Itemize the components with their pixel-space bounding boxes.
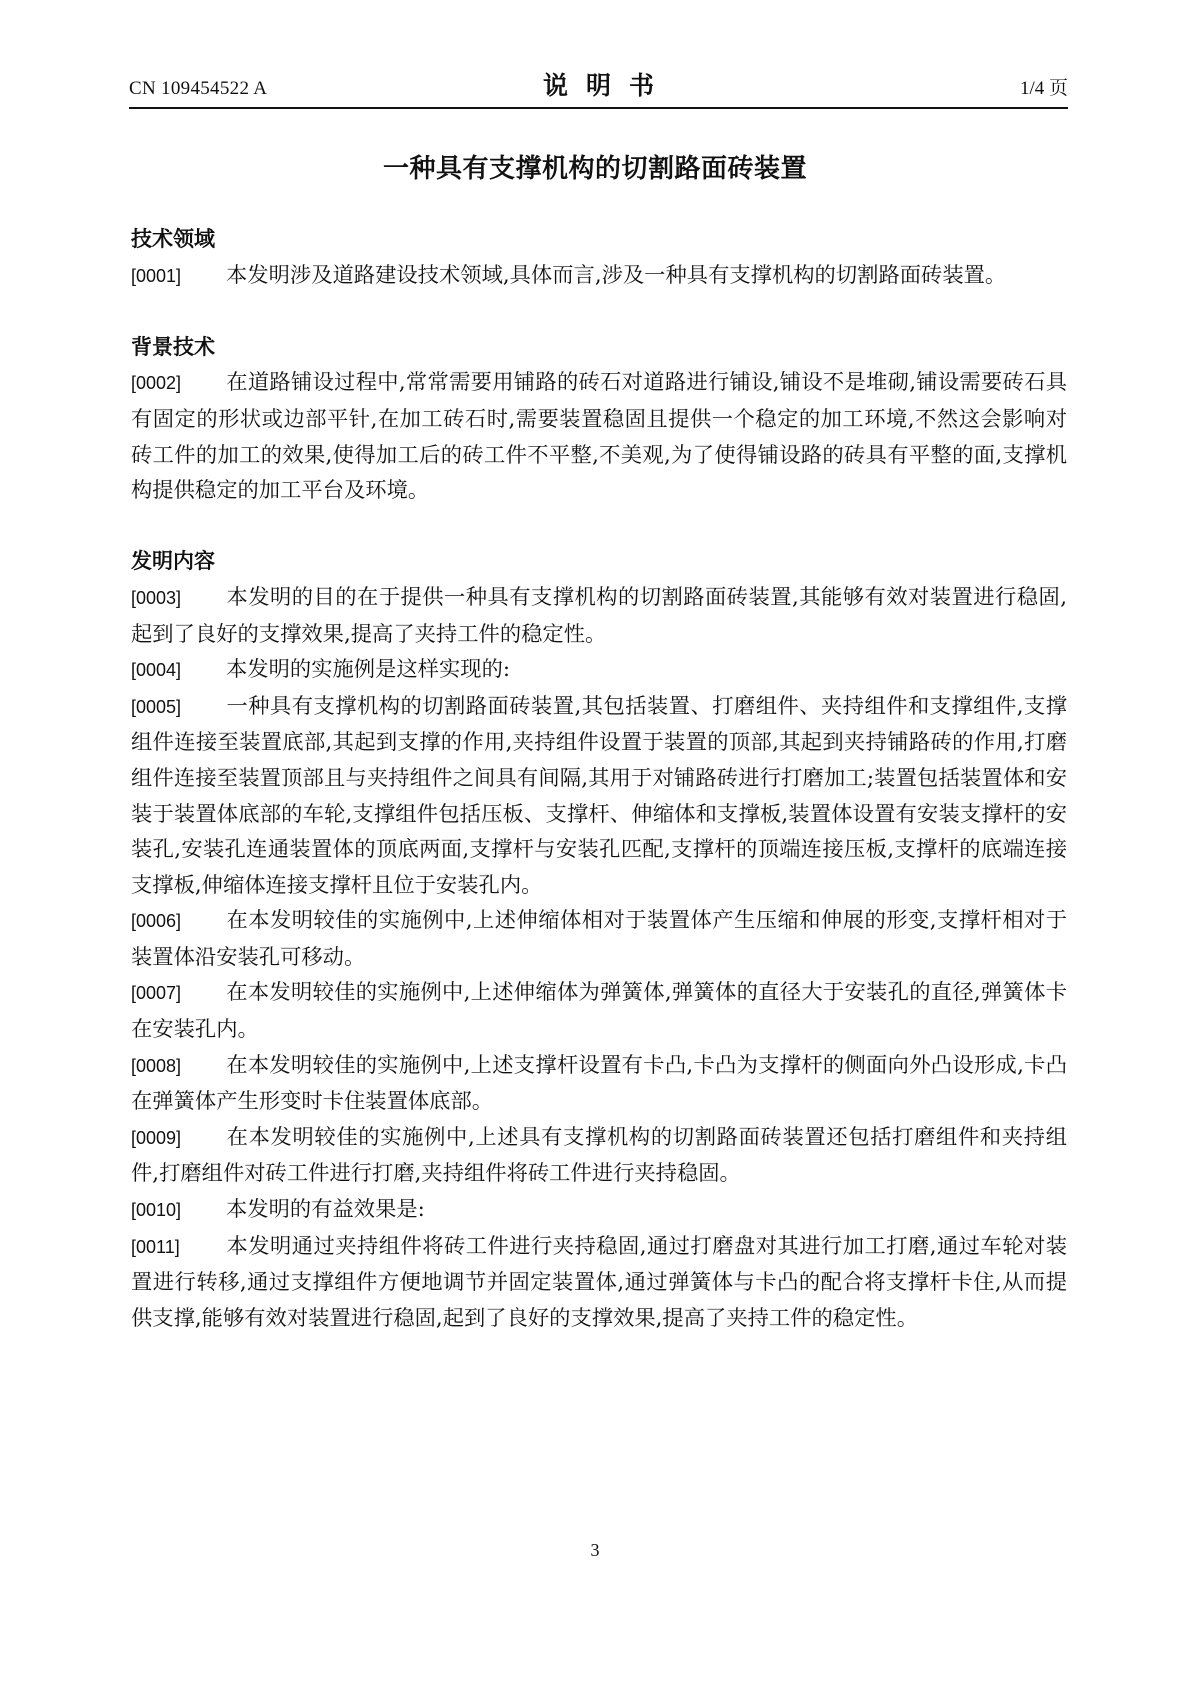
document-body: 技术领域 [0001]本发明涉及道路建设技术领域,具体而言,涉及一种具有支撑机构… [131,222,1067,1336]
paragraph-text: 在本发明较佳的实施例中,上述支撑杆设置有卡凸,卡凸为支撑杆的侧面向外凸设形成,卡… [131,1053,1067,1115]
paragraph-number: [0004] [131,653,226,689]
paragraph: [0011]本发明通过夹持组件将砖工件进行夹持稳固,通过打磨盘对其进行加工打磨,… [131,1229,1067,1337]
paragraph: [0009]在本发明较佳的实施例中,上述具有支撑机构的切割路面砖装置还包括打磨组… [131,1120,1067,1192]
paragraph: [0002]在道路铺设过程中,常常需要用铺路的砖石对道路进行铺设,铺设不是堆砌,… [131,365,1067,508]
paragraph-text: 本发明的有益效果是: [226,1197,425,1222]
document-title: 一种具有支撑机构的切割路面砖装置 [0,148,1190,185]
paragraph-text: 本发明通过夹持组件将砖工件进行夹持稳固,通过打磨盘对其进行加工打磨,通过车轮对装… [131,1234,1067,1331]
paragraph-text: 一种具有支撑机构的切割路面砖装置,其包括装置、打磨组件、夹持组件和支撑组件,支撑… [131,694,1067,898]
paragraph-text: 在道路铺设过程中,常常需要用铺路的砖石对道路进行铺设,铺设不是堆砌,铺设需要砖石… [131,370,1067,503]
paragraph-text: 在本发明较佳的实施例中,上述伸缩体为弹簧体,弹簧体的直径大于安装孔的直径,弹簧体… [131,980,1067,1042]
header-divider [129,107,1068,109]
section-heading: 技术领域 [131,222,1067,258]
paragraph-number: [0008] [131,1049,226,1085]
paragraph-text: 本发明涉及道路建设技术领域,具体而言,涉及一种具有支撑机构的切割路面砖装置。 [226,263,1006,288]
paragraph-text: 在本发明较佳的实施例中,上述伸缩体相对于装置体产生压缩和伸展的形变,支撑杆相对于… [131,908,1067,970]
paragraph-number: [0010] [131,1193,226,1229]
section-heading: 发明内容 [131,544,1067,580]
paragraph: [0008]在本发明较佳的实施例中,上述支撑杆设置有卡凸,卡凸为支撑杆的侧面向外… [131,1048,1067,1120]
paragraph-text: 本发明的实施例是这样实现的: [226,657,510,682]
paragraph-number: [0001] [131,259,226,295]
paragraph: [0001]本发明涉及道路建设技术领域,具体而言,涉及一种具有支撑机构的切割路面… [131,258,1067,295]
paragraph: [0004]本发明的实施例是这样实现的: [131,652,1067,689]
paragraph-number: [0003] [131,581,226,617]
paragraph-number: [0007] [131,976,226,1012]
page-indicator: 1/4 页 [1020,73,1068,100]
paragraph-text: 本发明的目的在于提供一种具有支撑机构的切割路面砖装置,其能够有效对装置进行稳固,… [131,585,1067,647]
document-page: CN 109454522 A 说明书 1/4 页 一种具有支撑机构的切割路面砖装… [0,0,1190,1684]
paragraph-number: [0006] [131,904,226,940]
paragraph-number: [0009] [131,1121,226,1157]
paragraph: [0006]在本发明较佳的实施例中,上述伸缩体相对于装置体产生压缩和伸展的形变,… [131,903,1067,975]
section-heading: 背景技术 [131,330,1067,366]
paragraph-number: [0005] [131,690,226,726]
paragraph-text: 在本发明较佳的实施例中,上述具有支撑机构的切割路面砖装置还包括打磨组件和夹持组件… [131,1125,1067,1187]
page-number: 3 [0,1540,1190,1561]
page-header: CN 109454522 A 说明书 1/4 页 [129,64,1068,106]
paragraph: [0007]在本发明较佳的实施例中,上述伸缩体为弹簧体,弹簧体的直径大于安装孔的… [131,975,1067,1047]
paragraph: [0005]一种具有支撑机构的切割路面砖装置,其包括装置、打磨组件、夹持组件和支… [131,689,1067,904]
document-type: 说明书 [129,66,1068,102]
paragraph: [0010]本发明的有益效果是: [131,1192,1067,1229]
paragraph-number: [0002] [131,366,226,402]
paragraph: [0003]本发明的目的在于提供一种具有支撑机构的切割路面砖装置,其能够有效对装… [131,580,1067,652]
paragraph-number: [0011] [131,1230,226,1266]
